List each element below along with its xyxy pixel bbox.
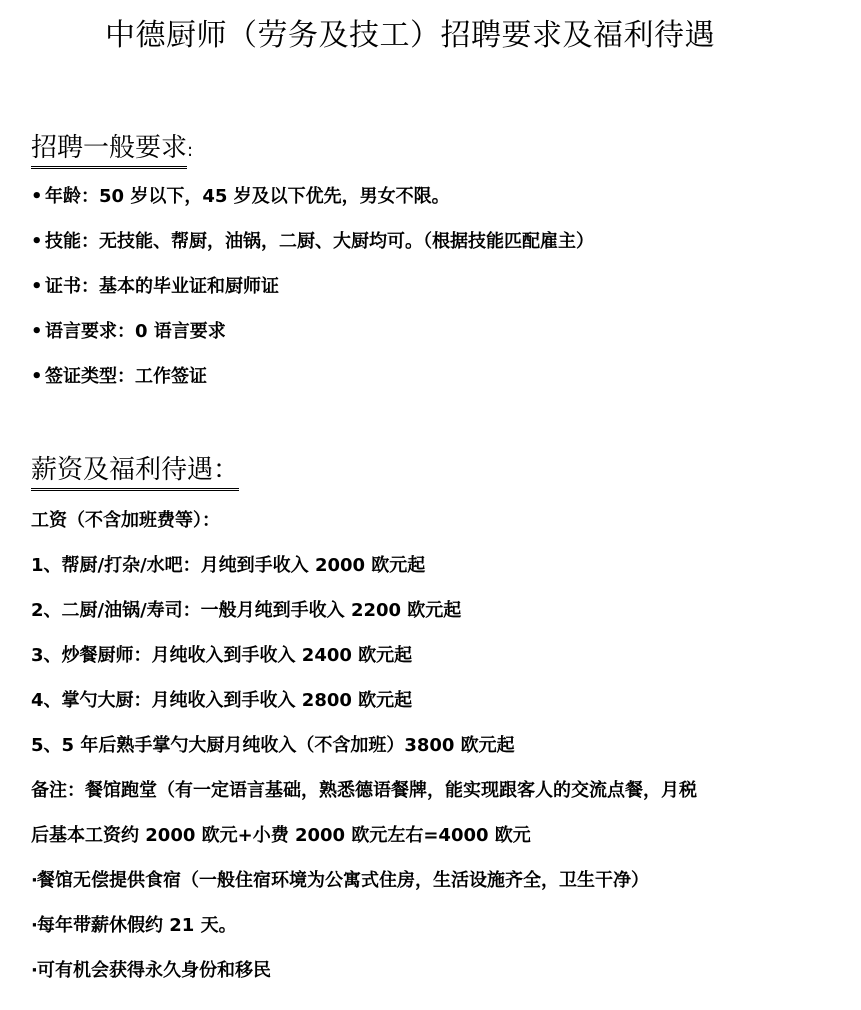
bullet-icon: •: [31, 229, 45, 255]
document-page: 中德厨师（劳务及技工）招聘要求及福利待遇 招聘一般要求: •年龄：50 岁以下，…: [0, 0, 861, 1010]
requirement-text: 证书：基本的毕业证和厨师证: [45, 276, 279, 297]
requirements-heading-text: 招聘一般要求: [31, 130, 187, 169]
bullet-icon: •: [31, 319, 45, 345]
salary-item-1: 1、帮厨/打杂/水吧：月纯到手收入 2000 欧元起: [31, 553, 425, 579]
perk-text: 每年带薪休假约 21 天。: [37, 915, 237, 936]
benefits-heading-text: 薪资及福利待遇：: [31, 452, 239, 491]
requirement-item-visa: •签证类型：工作签证: [31, 364, 207, 390]
note-line-1: 备注：餐馆跑堂（有一定语言基础，熟悉德语餐牌，能实现跟客人的交流点餐，月税: [31, 778, 697, 804]
note-line-2: 后基本工资约 2000 欧元+小费 2000 欧元左右=4000 欧元: [31, 823, 531, 849]
salary-item-4: 4、掌勺大厨：月纯收入到手收入 2800 欧元起: [31, 688, 412, 714]
requirement-item-language: •语言要求：0 语言要求: [31, 319, 226, 345]
benefits-heading: 薪资及福利待遇：: [31, 452, 239, 491]
requirement-text: 技能：无技能、帮厨，油锅，二厨、大厨均可。（根据技能匹配雇主）: [45, 231, 594, 252]
requirement-item-skills: •技能：无技能、帮厨，油锅，二厨、大厨均可。（根据技能匹配雇主）: [31, 229, 594, 255]
bullet-icon: •: [31, 184, 45, 210]
salary-item-3: 3、炒餐厨师：月纯收入到手收入 2400 欧元起: [31, 643, 412, 669]
requirement-text: 签证类型：工作签证: [45, 366, 207, 387]
requirement-item-certificate: •证书：基本的毕业证和厨师证: [31, 274, 279, 300]
requirements-heading-colon: :: [187, 140, 193, 161]
requirement-text: 语言要求：0 语言要求: [45, 321, 226, 342]
salary-item-5: 5、5 年后熟手掌勺大厨月纯收入（不含加班）3800 欧元起: [31, 733, 515, 759]
perk-item-vacation: ·每年带薪休假约 21 天。: [31, 913, 237, 939]
perk-item-accommodation: ·餐馆无偿提供食宿（一般住宿环境为公寓式住房，生活设施齐全，卫生干净）: [31, 868, 649, 894]
perk-text: 可有机会获得永久身份和移民: [37, 960, 271, 981]
requirement-item-age: •年龄：50 岁以下，45 岁及以下优先，男女不限。: [31, 184, 450, 210]
bullet-icon: •: [31, 274, 45, 300]
requirement-text: 年龄：50 岁以下，45 岁及以下优先，男女不限。: [45, 186, 450, 207]
bullet-icon: •: [31, 364, 45, 390]
salary-item-2: 2、二厨/油锅/寿司：一般月纯到手收入 2200 欧元起: [31, 598, 461, 624]
document-title: 中德厨师（劳务及技工）招聘要求及福利待遇: [0, 14, 820, 58]
requirements-heading: 招聘一般要求:: [31, 130, 193, 169]
perk-item-residency: ·可有机会获得永久身份和移民: [31, 958, 271, 984]
perk-text: 餐馆无偿提供食宿（一般住宿环境为公寓式住房，生活设施齐全，卫生干净）: [37, 870, 649, 891]
salary-label: 工资（不含加班费等）：: [31, 508, 220, 534]
